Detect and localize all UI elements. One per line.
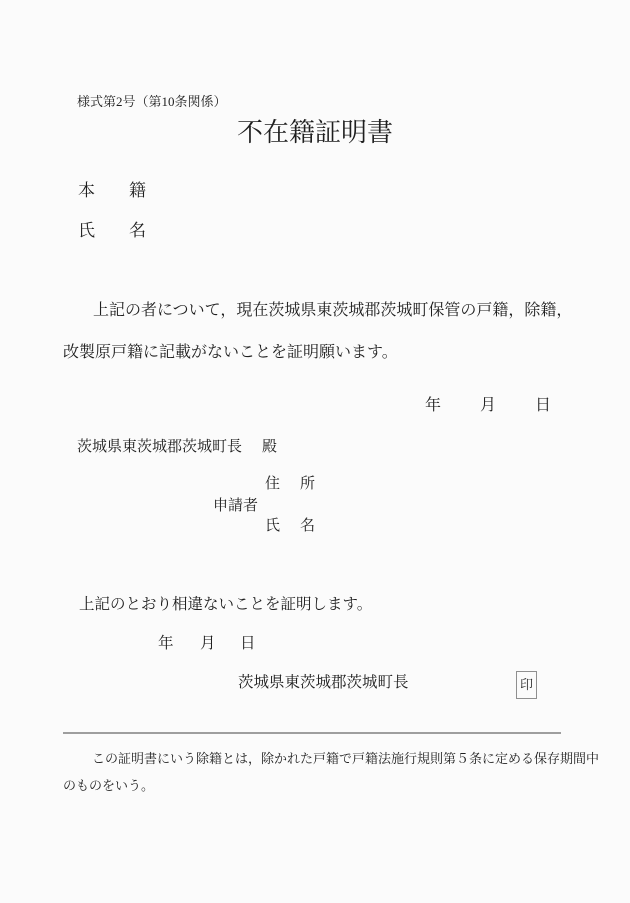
request-paragraph-line-1: 上記の者について，現在茨城県東茨城郡茨城町保管の戸籍，除籍， [63,301,572,320]
certification-date-month-label: 月 [200,635,216,654]
certifier-mayor-name: 茨城県東茨城郡茨城町長 [238,674,409,693]
certification-statement: 上記のとおり相違ないことを証明します。 [79,596,372,615]
certificate-page: 様式第2号（第10条関係） 不在籍証明書 本 籍 氏 名 上記の者について，現在… [0,0,630,903]
request-date-day-label: 日 [535,396,551,415]
footnote-line-1: この証明書にいう除籍とは，除かれた戸籍で戸籍法施行規則第５条に定める保存期間中 [63,751,599,767]
addressee-mayor-name: 茨城県東茨城郡茨城町長 [77,438,242,456]
document-title: 不在籍証明書 [0,117,630,148]
registered-domicile-label: 本 籍 [78,181,146,201]
request-date-month-label: 月 [480,396,496,415]
seal-placeholder-box: 印 [516,671,537,699]
addressee-honorific: 殿 [262,438,277,456]
request-date-year-label: 年 [425,396,441,415]
request-paragraph-line-2: 改製原戸籍に記載がないことを証明願います。 [63,343,398,362]
footnote-line-2: のものをいう。 [63,778,154,794]
seal-mark-label: 印 [520,677,533,693]
footnote-divider-rule [63,732,561,734]
certification-date-day-label: 日 [240,635,256,654]
form-number-label: 様式第2号（第10条関係） [77,94,227,110]
applicant-group-label: 申請者 [213,497,258,515]
certification-date-year-label: 年 [158,635,174,654]
applicant-name-label: 氏 名 [265,517,318,535]
subject-name-label: 氏 名 [78,221,146,241]
applicant-address-label: 住 所 [265,475,318,493]
